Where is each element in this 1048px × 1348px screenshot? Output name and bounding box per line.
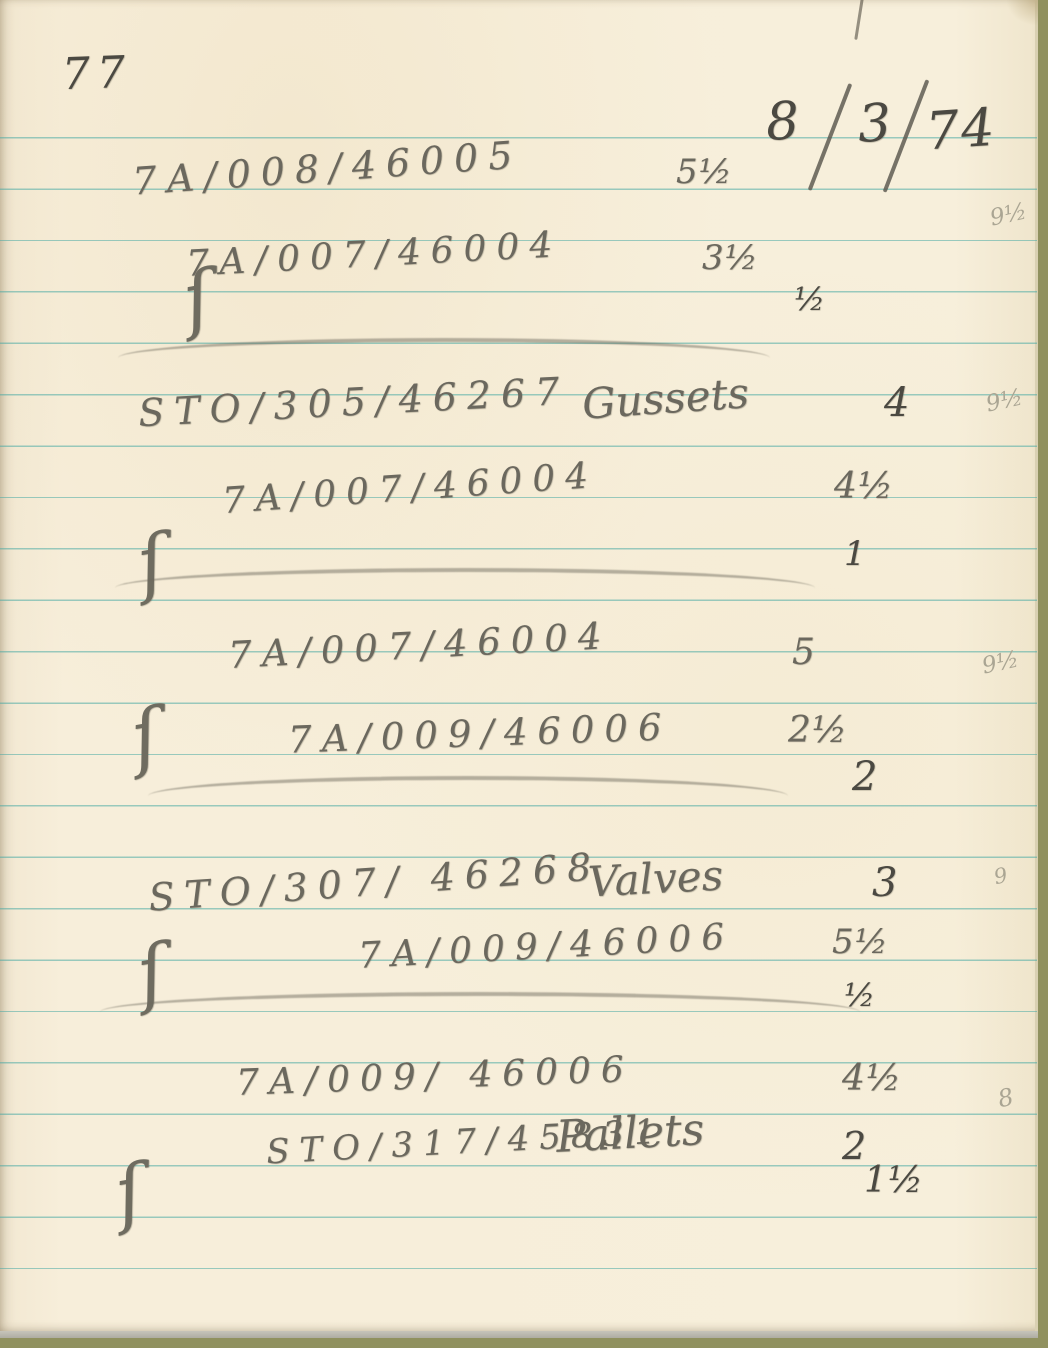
- entry-qty: 2½: [788, 710, 848, 751]
- entry-qty: 4: [884, 380, 910, 426]
- corner-shade: [1006, 0, 1038, 26]
- carry-qty: 1½: [864, 1160, 924, 1201]
- entry-qty: 4½: [842, 1058, 902, 1099]
- date-month: 3: [856, 93, 894, 155]
- entry-qty: 3: [872, 860, 898, 906]
- entry-qty: 5½: [676, 152, 733, 192]
- scanned-notebook-page: 77 8 3 74 7A/008/46005 5½ 9½ 7A/007/4600…: [0, 0, 1048, 1348]
- entry-label: Pallets: [555, 1104, 706, 1163]
- date-year: 74: [924, 98, 998, 163]
- entry-qty: 5: [792, 632, 816, 673]
- page-stack-edge: [0, 1331, 1038, 1338]
- carry-qty: ½: [794, 280, 826, 318]
- date-day: 8: [764, 91, 802, 153]
- entry-qty: 3½: [702, 238, 759, 278]
- carry-qty: 2: [852, 754, 878, 800]
- entry-qty: 4½: [834, 466, 894, 507]
- carry-qty: 1: [844, 534, 867, 574]
- page-number: 77: [61, 47, 133, 100]
- entry-label: Valves: [587, 850, 724, 906]
- entry-qty: 5½: [832, 922, 889, 962]
